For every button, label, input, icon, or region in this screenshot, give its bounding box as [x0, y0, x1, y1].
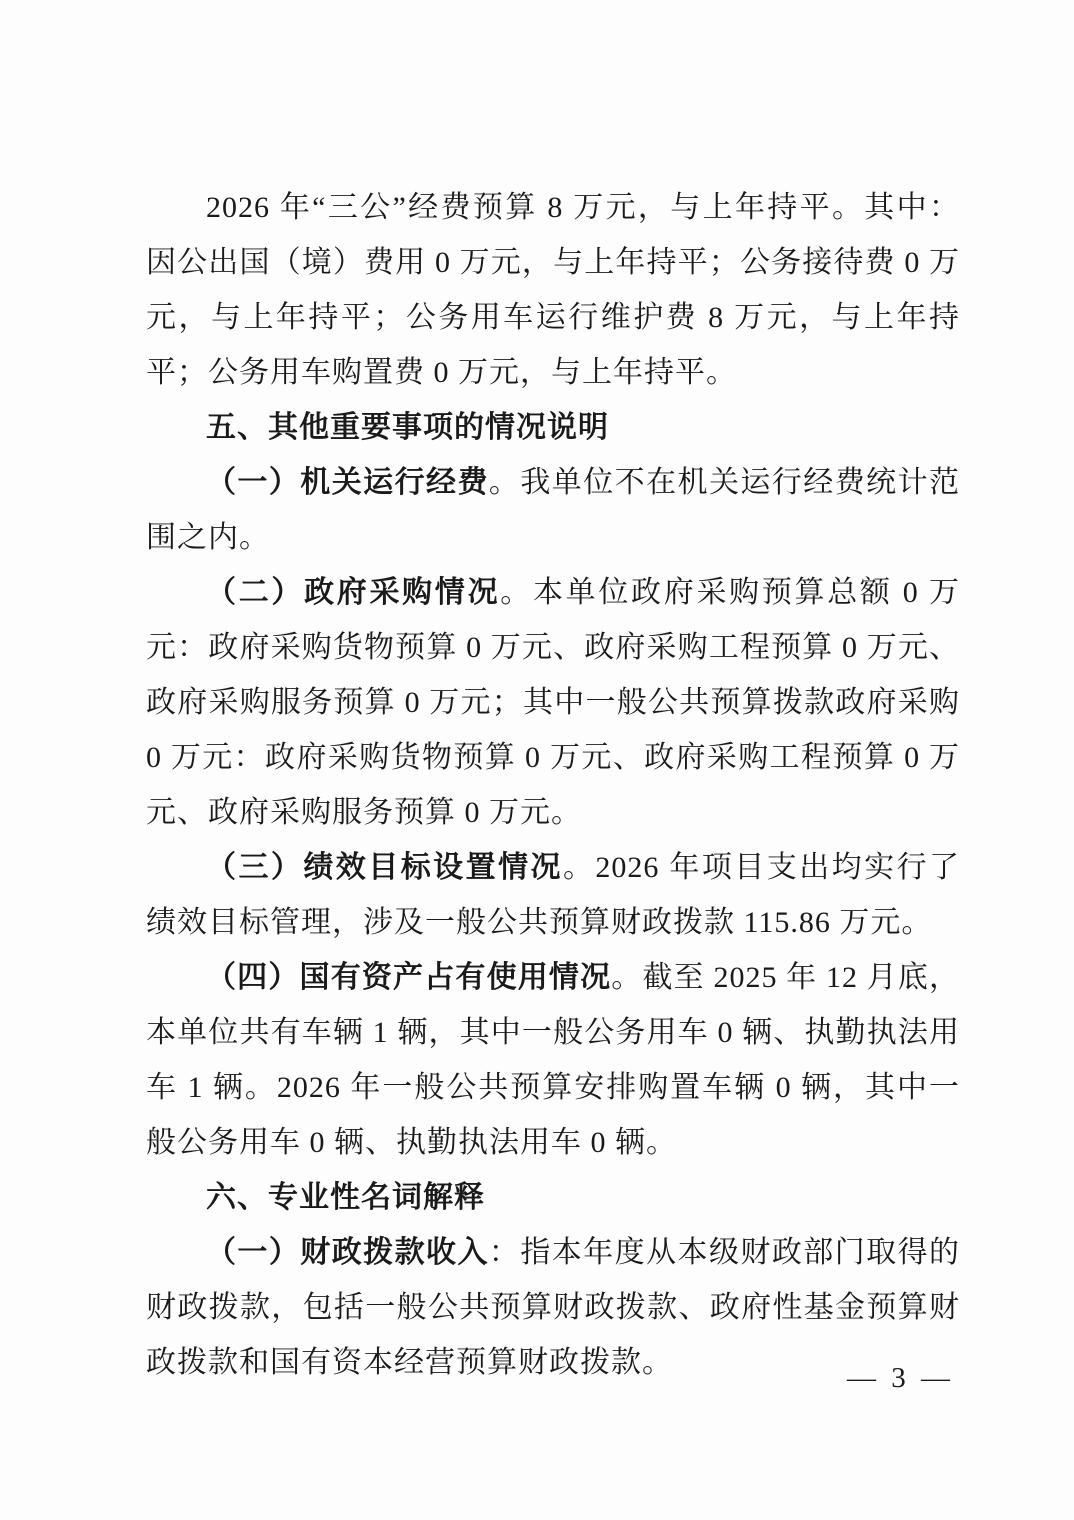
page-footer: — 3 —	[847, 1358, 954, 1398]
section-5-item-2-text: 。本单位政府采购预算总额 0 万元：政府采购货物预算 0 万元、政府采购工程预算…	[146, 576, 960, 829]
paragraph-sangong-budget: 2026 年“三公”经费预算 8 万元，与上年持平。其中：因公出国（境）费用 0…	[146, 180, 960, 400]
section-5-item-1: （一）机关运行经费。我单位不在机关运行经费统计范围之内。	[146, 455, 960, 565]
section-5-item-2: （二）政府采购情况。本单位政府采购预算总额 0 万元：政府采购货物预算 0 万元…	[146, 565, 960, 840]
document-body: 2026 年“三公”经费预算 8 万元，与上年持平。其中：因公出国（境）费用 0…	[146, 180, 960, 1390]
section-5-item-3: （三）绩效目标设置情况。2026 年项目支出均实行了绩效目标管理，涉及一般公共预…	[146, 840, 960, 950]
section-5-item-4: （四）国有资产占有使用情况。截至 2025 年 12 月底，本单位共有车辆 1 …	[146, 950, 960, 1170]
section-5-item-1-label: （一）机关运行经费	[206, 466, 489, 499]
section-5-item-2-label: （二）政府采购情况	[206, 576, 500, 609]
section-5-item-3-label: （三）绩效目标设置情况	[206, 851, 563, 884]
section-6-item-1-label: （一）财政拨款收入	[206, 1236, 489, 1269]
page-number: — 3 —	[847, 1362, 954, 1394]
section-5-item-4-label: （四）国有资产占有使用情况	[206, 961, 611, 994]
section-6-heading: 六、专业性名词解释	[146, 1170, 960, 1225]
section-6-item-1: （一）财政拨款收入：指本年度从本级财政部门取得的财政拨款，包括一般公共预算财政拨…	[146, 1225, 960, 1390]
section-5-heading: 五、其他重要事项的情况说明	[146, 400, 960, 455]
document-page: 2026 年“三公”经费预算 8 万元，与上年持平。其中：因公出国（境）费用 0…	[0, 0, 1074, 1520]
